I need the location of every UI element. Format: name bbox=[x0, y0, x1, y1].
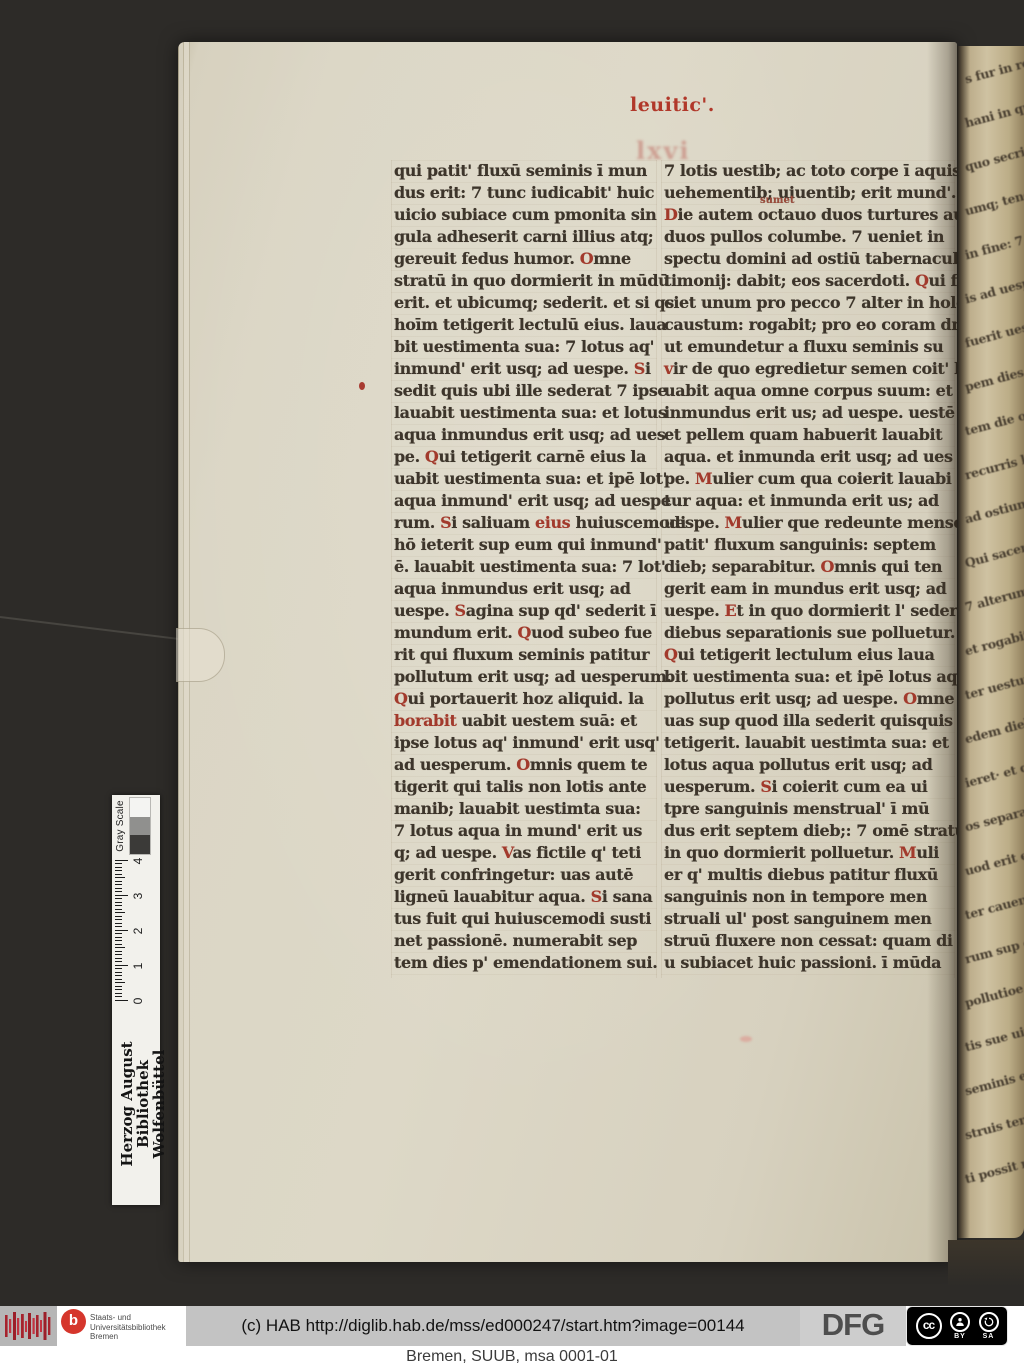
facing-page-line: os separatiois s bbox=[963, 793, 1024, 834]
manuscript-line: uabit uestimenta sua: et ipē lot' bbox=[392, 468, 656, 490]
book-edge bbox=[948, 1240, 1024, 1306]
facing-page-line: s fur in remge t bbox=[963, 46, 1024, 86]
manuscript-line: manib; lauabit uestimta sua: bbox=[392, 798, 656, 820]
facing-page-line: Qui sacer unu bbox=[963, 532, 1024, 571]
manuscript-line: rum. Si saliuam eius huiuscemodi bbox=[392, 512, 656, 534]
manuscript-line: qui patit' fluxū seminis ī mun bbox=[392, 160, 656, 182]
facing-page-line: edem diebus fluxu bbox=[963, 700, 1024, 746]
pink-smudge bbox=[740, 1036, 752, 1042]
manuscript-line: timonij: dabit; eos sacerdoti. Qui fa bbox=[662, 270, 954, 292]
manuscript-line: rit qui fluxum seminis patitur bbox=[392, 644, 656, 666]
manuscript-line: tem dies p' emendationem sui. bbox=[392, 952, 656, 974]
manuscript-line: uas sup quod illa sederit quisquis bbox=[662, 710, 954, 732]
facing-page-line: ti possit mundari bbox=[963, 1142, 1024, 1186]
shelfmark-caption: Bremen, SUUB, msa 0001-01 bbox=[0, 1346, 1024, 1370]
facing-page-line: in fine: 7 ipse lot bbox=[963, 219, 1024, 263]
gray-scale-patch bbox=[130, 817, 150, 836]
manuscript-line: aqua. et inmunda erit usq; ad ues bbox=[662, 446, 954, 468]
facing-page: s fur in remge thani in quo dormquo secr… bbox=[957, 46, 1024, 1238]
manuscript-line: hoīm tetigerit lectulū eius. laua bbox=[392, 314, 656, 336]
manuscript-line: gereuit fedus humor. Omne bbox=[392, 248, 656, 270]
manuscript-line: uespe. Sagina sup qd' sederit ī bbox=[392, 600, 656, 622]
manuscript-line: pollutus erit usq; ad uespe. Omne bbox=[662, 688, 954, 710]
manuscript-line: sedit quis ubi ille sederat 7 ipse bbox=[392, 380, 656, 402]
manuscript-line: u subiacet huic passioni. ī mūda bbox=[662, 952, 954, 974]
manuscript-line: uehementib; uiuentib; erit mund'. bbox=[662, 182, 954, 204]
digitized-manuscript-scan: leuitic'. lxvi qui patit' fluxū seminis … bbox=[0, 0, 1024, 1370]
facing-page-line: ieret· et que ue bbox=[963, 750, 1024, 791]
manuscript-page: leuitic'. lxvi qui patit' fluxū seminis … bbox=[178, 42, 957, 1262]
manuscript-line: stratū in quo dormierit in mūdū bbox=[392, 270, 656, 292]
suub-bars-logo bbox=[0, 1306, 57, 1346]
cc-sa-arrow-icon bbox=[979, 1312, 999, 1332]
manuscript-line: aqua inmund' erit usq; ad uespe bbox=[392, 490, 656, 512]
manuscript-line: spectu domini ad ostiū tabernaculi tes bbox=[662, 248, 954, 270]
manuscript-line: tpre sanguinis menstrual' ī mū bbox=[662, 798, 954, 820]
ruler-library-line2: Wolfenbüttel bbox=[151, 1003, 167, 1205]
manuscript-line: struali ul' post sanguinem men bbox=[662, 908, 954, 930]
stray-thread bbox=[0, 616, 181, 640]
cc-license-badge: cc BY SA bbox=[906, 1306, 1008, 1346]
manuscript-line: uespe. Mulier que redeunte mense bbox=[662, 512, 954, 534]
manuscript-line: dieb; separabitur. Omnis qui ten bbox=[662, 556, 954, 578]
cc-sa-label: SA bbox=[983, 1333, 995, 1340]
gutter-shadow bbox=[927, 42, 957, 1262]
manuscript-line: inmund' erit usq; ad uespe. Si bbox=[392, 358, 656, 380]
manuscript-line: struū fluxere non cessat: quam di bbox=[662, 930, 954, 952]
dfg-logo: DFG bbox=[800, 1306, 906, 1346]
gray-scale-patches bbox=[129, 797, 151, 855]
manuscript-line: ē. lauabit uestimenta sua: 7 lot' bbox=[392, 556, 656, 578]
manuscript-line: ut emundetur a fluxu seminis su bbox=[662, 336, 954, 358]
manuscript-line: tigerit qui talis non lotis ante bbox=[392, 776, 656, 798]
facing-page-line: tis sue uir qui pat bbox=[963, 1009, 1024, 1054]
facing-page-line: recurris l' duos p bbox=[963, 438, 1024, 482]
manuscript-line: tur aqua: et inmunda erit us; ad bbox=[662, 490, 954, 512]
footer-bar: b Staats- und Universitätsbibliothek Bre… bbox=[0, 1306, 1024, 1346]
facing-page-line: umq; tengit cum bbox=[963, 175, 1024, 218]
parchment-tab bbox=[176, 628, 225, 682]
interlinear-gloss: sumet bbox=[760, 196, 794, 206]
manuscript-line: net passionē. numerabit sep bbox=[392, 930, 656, 952]
facing-page-line: tem die offert pr bbox=[963, 395, 1024, 438]
ruler-library-label: Herzog August Bibliothek Wolfenbüttel bbox=[112, 1003, 160, 1205]
gray-scale-patch bbox=[130, 798, 150, 817]
manuscript-line: patit' fluxum sanguinis: septem bbox=[662, 534, 954, 556]
ruler-library-line1: Herzog August Bibliothek bbox=[119, 1003, 151, 1205]
suub-bars-logo-glyph bbox=[4, 1309, 53, 1343]
grayscale-ruler: Herzog August Bibliothek Wolfenbüttel 01… bbox=[112, 795, 160, 1205]
manuscript-line: 7 lotus aqua in mund' erit us bbox=[392, 820, 656, 842]
manuscript-line: hō ieterit sup eum qui inmund' bbox=[392, 534, 656, 556]
manuscript-line: q; ad uespe. Vas fictile q' teti bbox=[392, 842, 656, 864]
manuscript-line: pe. Qui tetigerit carnē eius la bbox=[392, 446, 656, 468]
facing-page-line: ad ostium tabern bbox=[963, 482, 1024, 526]
copyright-bar: (c) HAB http://diglib.hab.de/mss/ed00024… bbox=[186, 1306, 800, 1346]
facing-page-line: uod erit ex uob bbox=[963, 838, 1024, 879]
suub-bremen-logo: b Staats- und Universitätsbibliothek Bre… bbox=[57, 1306, 186, 1346]
manuscript-line: sanguinis non in tempore men bbox=[662, 886, 954, 908]
manuscript-line: dus erit: 7 tunc iudicabit' huic bbox=[392, 182, 656, 204]
gray-scale-patch bbox=[130, 835, 150, 854]
ruler-ticks: 01234 bbox=[112, 857, 160, 1003]
manuscript-line: tetigerit. lauabit uestimta sua: et bbox=[662, 732, 954, 754]
manuscript-line: gerit eam in mundus erit usq; ad bbox=[662, 578, 954, 600]
manuscript-line: bit uestimenta sua: 7 lotus aq' bbox=[392, 336, 656, 358]
facing-page-line: struis tempibz pa bbox=[963, 1098, 1024, 1143]
manuscript-line: aqua inmundus erit usq; ad ues bbox=[392, 424, 656, 446]
manuscript-line: pe. Mulier cum qua coierit lauabi bbox=[662, 468, 954, 490]
gray-scale-block: Gray Scale bbox=[112, 795, 160, 857]
manuscript-line: diebus separationis sue polluetur. bbox=[662, 622, 954, 644]
manuscript-line: bit uestimenta sua: et ipē lotus aq' bbox=[662, 666, 954, 688]
facing-page-line: seminis et que m bbox=[963, 1054, 1024, 1098]
manuscript-line: Qui tetigerit lectulum eius laua bbox=[662, 644, 954, 666]
manuscript-line: ciet unum pro pecco 7 alter in holo bbox=[662, 292, 954, 314]
bremen-b-badge: b bbox=[61, 1309, 86, 1334]
manuscript-line: et pellem quam habuerit lauabit bbox=[662, 424, 954, 446]
manuscript-line: Qui portauerit hoz aliquid. la bbox=[392, 688, 656, 710]
manuscript-line: inmundus erit us; ad uespe. uestē bbox=[662, 402, 954, 424]
manuscript-line: gula adheserit carni illius atq; bbox=[392, 226, 656, 248]
manuscript-line: ligneū lauabitur aqua. Si sana bbox=[392, 886, 656, 908]
manuscript-line: vir de quo egredietur semen coit' la bbox=[662, 358, 954, 380]
manuscript-line: erit. et ubicumq; sederit. et si qs bbox=[392, 292, 656, 314]
manuscript-line: lauabit uestimenta sua: et lotus bbox=[392, 402, 656, 424]
facing-page-line: pollutioe 7 uest bbox=[963, 969, 1024, 1011]
facing-page-line: is ad uespe· Si is bbox=[963, 263, 1024, 306]
photo-background: leuitic'. lxvi qui patit' fluxū seminis … bbox=[0, 0, 1024, 1306]
cc-icon: cc bbox=[916, 1313, 942, 1339]
manuscript-line: tus fuit qui huiuscemodi susti bbox=[392, 908, 656, 930]
manuscript-line: mundum erit. Quod subeo fue bbox=[392, 622, 656, 644]
gray-scale-label: Gray Scale bbox=[115, 795, 126, 857]
text-column-right: 7 lotis uestib; ac toto corpe ī aquisueh… bbox=[661, 160, 955, 978]
manuscript-line: ipse lotus aq' inmund' erit usq' bbox=[392, 732, 656, 754]
manuscript-line: caustum: rogabit; pro eo coram dno. bbox=[662, 314, 954, 336]
red-margin-mark bbox=[359, 382, 365, 390]
cc-by-label: BY bbox=[954, 1333, 966, 1340]
facing-page-line: 7 alterum in holo bbox=[963, 570, 1024, 615]
cc-by-person-icon bbox=[950, 1312, 970, 1332]
facing-page-line: quo secrit· polli bbox=[963, 133, 1024, 175]
facing-page-line: rum sup custod bbox=[963, 925, 1024, 967]
manuscript-line: Die autem octauo duos turtures autsumet bbox=[662, 204, 954, 226]
facing-page-line: ter cauendam i bbox=[963, 882, 1024, 923]
manuscript-line: uicio subiace cum pmonita sin bbox=[392, 204, 656, 226]
manuscript-line: 7 lotis uestib; ac toto corpe ī aquis bbox=[662, 160, 954, 182]
text-column-left: qui patit' fluxū seminis ī mundus erit: … bbox=[391, 160, 657, 978]
manuscript-line: dus erit septem dieb;: 7 omē stratū bbox=[662, 820, 954, 842]
manuscript-line: uabit aqua omne corpus suum: et bbox=[662, 380, 954, 402]
manuscript-line: uesperum. Si coierit cum ea ui bbox=[662, 776, 954, 798]
manuscript-line: uespe. Et in quo dormierit l' sederit bbox=[662, 600, 954, 622]
manuscript-line: ad uesperum. Omnis quem te bbox=[392, 754, 656, 776]
facing-page-line: fuerit uestimt· bbox=[963, 311, 1024, 351]
manuscript-line: duos pullos columbe. 7 ueniet in bbox=[662, 226, 954, 248]
facing-page-line: et rogabit p eo bbox=[963, 619, 1024, 659]
running-title: leuitic'. bbox=[630, 94, 715, 116]
manuscript-line: er q' multis diebus patitur fluxū bbox=[662, 864, 954, 886]
bremen-logo-text: Staats- und Universitätsbibliothek Breme… bbox=[90, 1313, 166, 1342]
manuscript-line: in quo dormierit polluetur. Muli bbox=[662, 842, 954, 864]
facing-page-line: pem dies purificac bbox=[963, 348, 1024, 395]
manuscript-line: borabit uabit uestem suā: et bbox=[392, 710, 656, 732]
facing-page-line: ter uesture· ue bbox=[963, 662, 1024, 702]
manuscript-line: pollutum erit usq; ad uesperum. bbox=[392, 666, 656, 688]
facing-page-line: hani in quo dorm bbox=[963, 86, 1024, 131]
manuscript-line: aqua inmundus erit usq; ad bbox=[392, 578, 656, 600]
manuscript-line: gerit confringetur: uas autē bbox=[392, 864, 656, 886]
manuscript-line: lotus aqua pollutus erit usq; ad bbox=[662, 754, 954, 776]
